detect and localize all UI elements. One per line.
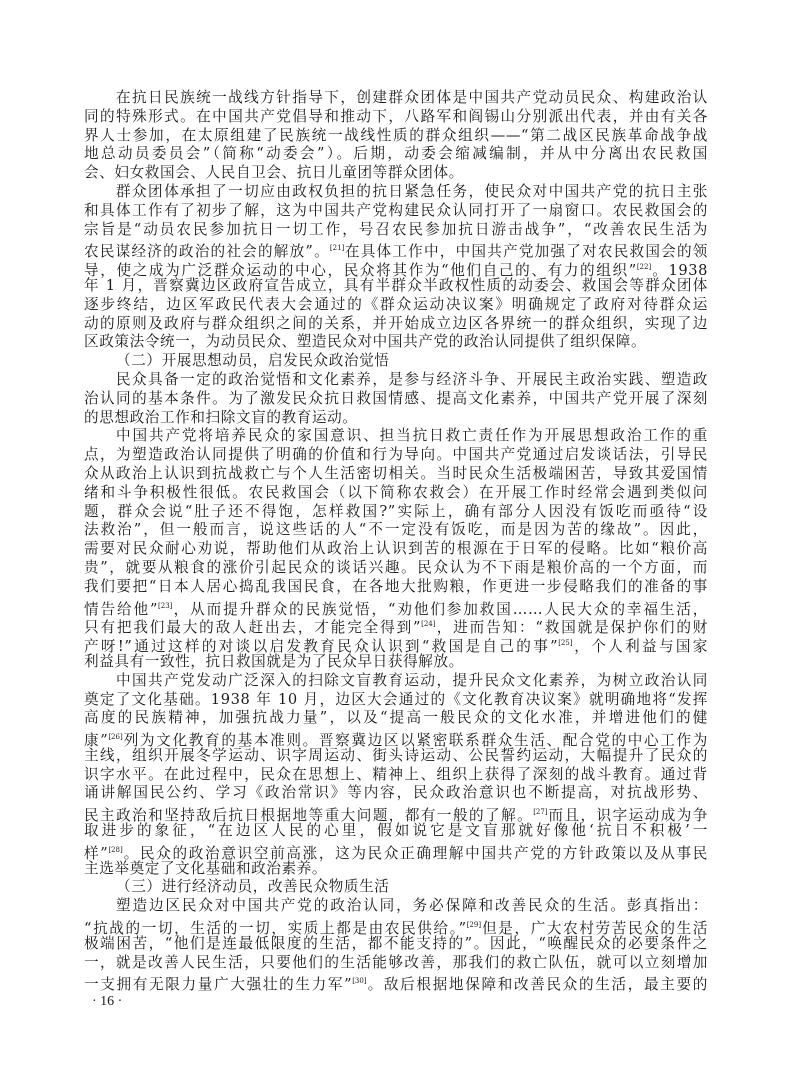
text-line: 动的原则及政府与群众组织之间的关系，并开始成立边区各界统一的群众组织，实现了边	[84, 315, 708, 334]
text-line: 治认同的基本条件。为了激发民众抗日救国情感、提高文化素养，中国共产党开展了深刻	[84, 390, 708, 409]
text-line: 众从政治上认识到抗战救亡与个人生活密切相关。当时民众生活极端困苦，导致其爱国情	[84, 465, 708, 484]
text-line: 年 1 月，晋察冀边区政府宣告成立，具有半群众半政权性质的动委会、救国会等群众团…	[84, 277, 708, 296]
text-line: 题，群众会说“肚子还不得饱，怎样救国?”实际上，确有部分人因没有饭吃而亟待“设	[84, 503, 708, 522]
document-page: 在抗日民族统一战线方针指导下，创建群众团体是中国共产党动员民众、构建政治认同的特…	[0, 0, 793, 1077]
text-line: 需要对民众耐心劝说，帮助他们从政治上认识到苦的根源在于日军的侵略。比如“粮价高	[84, 540, 708, 559]
text-line: 诵讲解国民公约、学习《政治常识》等内容，民众政治意识也不断提高，对抗战形势、	[84, 784, 708, 803]
text-line: 同的特殊形式。在中国共产党倡导和推动下，八路军和阎锡山分别派出代表，并由有关各	[84, 108, 708, 127]
text-line: 产呀!”通过这样的对谈以启发教育民众认识到“救国是自己的事”[25]，个人利益与…	[84, 634, 708, 653]
text-line: 绪和斗争积极性很低。农民救国会（以下简称农救会）在开展工作时经常会遇到类似问	[84, 484, 708, 503]
text-line: 中国共产党将培养民众的家国意识、担当抗日救亡责任作为开展思想政治工作的重	[84, 427, 708, 446]
text-line: 点，为塑造政治认同提供了明确的价值和行为导向。中国共产党通过启发谈话法，引导民	[84, 446, 708, 465]
footnote-ref: [28]	[108, 846, 122, 854]
footnote-ref: [30]	[352, 977, 366, 985]
text-line: 主线，组织开展冬学运动、识字周运动、街头诗运动、公民誓约运动，大幅提升了民众的	[84, 747, 708, 766]
text-line: 主选举奠定了文化基础和政治素养。	[84, 860, 708, 879]
text-line: 会、妇女救国会、人民自卫会、抗日儿童团等群众团体。	[84, 164, 708, 183]
text-line: 康”[26]列为文化教育的基本准则。晋察冀边区以紧密联系群众生活、配合党的中心工…	[84, 728, 708, 747]
text-line: 塑造边区民众对中国共产党的政治认同，务必保障和改善民众的生活。彭真指出：	[84, 897, 708, 916]
text-line: 只有把我们最大的敌人赶出去，才能完全得到”[24]，进而告知：“救国就是保护你们…	[84, 615, 708, 634]
page-number: · 16 ·	[92, 994, 122, 1010]
footnote-ref: [23]	[158, 602, 172, 610]
text-line: 界人士参加，在太原组建了民族统一战线性质的群众组织——“第二战区民族革命战争战	[84, 127, 708, 146]
text-line: 我们要把“日本人居心捣乱我国民食，在各地大批购粮，作更进一步侵略我们的准备的事	[84, 578, 708, 597]
text-line: 逐步终结，边区军政民代表大会通过的《群众运动决议案》明确规定了政府对待群众运	[84, 296, 708, 315]
text-line: 情告给他”[23]，从而提升群众的民族觉悟，“劝他们参加救国……人民大众的幸福生…	[84, 597, 708, 616]
footnote-ref: [27]	[533, 808, 547, 816]
text-line: 地总动员委员会”（简称“动委会”）。后期，动委会缩减编制，并从中分离出农民救国	[84, 145, 708, 164]
text-line: 样”[28]。民众的政治意识空前高涨，这为民众正确理解中国共产党的方针政策以及从…	[84, 841, 708, 860]
text-line: 取进步的象征，“在边区人民的心里，假如说它是文盲那就好像他‘抗日不积极’一	[84, 822, 708, 841]
text-line: 群众团体承担了一切应由政权负担的抗日紧急任务，使民众对中国共产党的抗日主张	[84, 183, 708, 202]
footnote-ref: [25]	[558, 639, 572, 647]
text-line: 利益具有一致性，抗日救国就是为了民众早日获得解放。	[84, 653, 708, 672]
section-heading: （二）开展思想动员，启发民众政治觉悟	[84, 352, 708, 371]
text-line: “抗战的一切，生活的一切，实质上都是由农民供给。”[29]但是，广大农村劳苦民众…	[84, 916, 708, 935]
footnote-ref: [26]	[108, 733, 122, 741]
text-line: 农民谋经济的政治的社会的解放”。[21]在具体工作中，中国共产党加强了对农民救国…	[84, 239, 708, 258]
footnote-ref: [22]	[637, 263, 651, 271]
text-line: 奠定了文化基础。1938 年 10 月，边区大会通过的《文化教育决议案》就明确地…	[84, 691, 708, 710]
text-line: 法救治”，但一般而言，说这些话的人“不一定没有饭吃，而是因为苦的缘故”。因此，	[84, 521, 708, 540]
footnote-ref: [29]	[467, 921, 481, 929]
text-line: 在抗日民族统一战线方针指导下，创建群众团体是中国共产党动员民众、构建政治认	[84, 89, 708, 108]
text-line: 一，就是改善人民生活，只要他们的生活能够改善，那我们的救亡队伍，就可以立刻增加	[84, 954, 708, 973]
text-line: 识字水平。在此过程中，民众在思想上、精神上、组织上获得了深刻的战斗教育。通过背	[84, 766, 708, 785]
body-text: 在抗日民族统一战线方针指导下，创建群众团体是中国共产党动员民众、构建政治认同的特…	[84, 89, 708, 991]
text-line: 和具体工作有了初步了解，这为中国共产党构建民众认同打开了一扇窗口。农民救国会的	[84, 202, 708, 221]
text-line: 极端困苦，“他们是连最低限度的生活，都不能支持的”。因此，“唤醒民众的必要条件之	[84, 935, 708, 954]
text-line: 一支拥有无限力量广大强壮的生力军”[30]。敌后根据地保障和改善民众的生活，最主…	[84, 972, 708, 991]
text-line: 高度的民族精神，加强抗战力量”，以及“提高一般民众的文化水准，并增进他们的健	[84, 709, 708, 728]
text-line: 中国共产党发动广泛深入的扫除文盲教育运动，提升民众文化素养，为树立政治认同	[84, 672, 708, 691]
section-heading: （三）进行经济动员，改善民众物质生活	[84, 878, 708, 897]
text-line: 的思想政治工作和扫除文盲的教育运动。	[84, 409, 708, 428]
footnote-ref: [24]	[421, 620, 435, 628]
text-line: 宗旨是“动员农民参加抗日一切工作，号召农民参加抗日游击战争”，“改善农民生活为	[84, 221, 708, 240]
text-line: 民主政治和坚持敌后抗日根据地等重大问题，都有一般的了解。[27]而且，识字运动成…	[84, 803, 708, 822]
footnote-ref: [21]	[330, 244, 344, 252]
text-line: 民众具备一定的政治觉悟和文化素养，是参与经济斗争、开展民主政治实践、塑造政	[84, 371, 708, 390]
text-line: 区政策法令统一，为动员民众、塑造民众对中国共产党的政治认同提供了组织保障。	[84, 333, 708, 352]
text-line: 贵”，就要从粮食的涨价引起民众的谈话兴趣。民众认为不下雨是粮价高的一个方面，而	[84, 559, 708, 578]
text-line: 导，使之成为广泛群众运动的中心，民众将其作为“他们自己的、有力的组织”[22]。…	[84, 258, 708, 277]
